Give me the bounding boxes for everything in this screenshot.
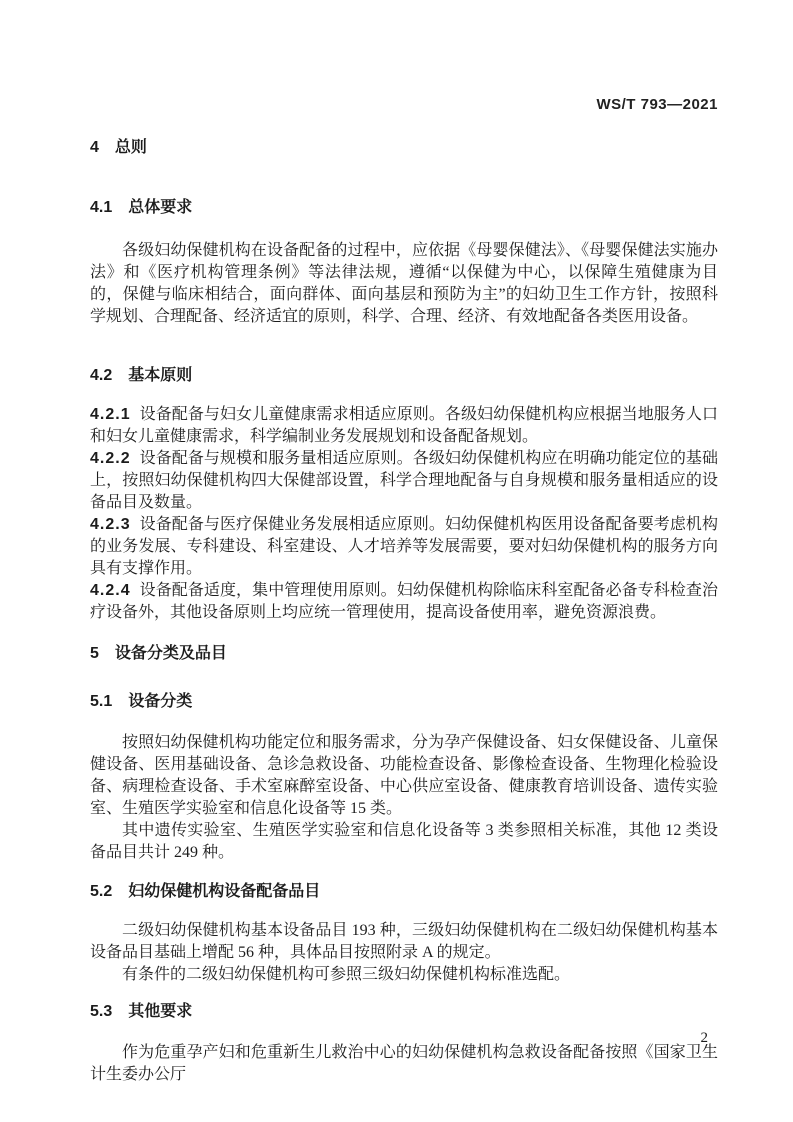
- section-5-3-heading: 5.3 其他要求: [90, 1002, 718, 1022]
- section-5-1-paragraph-1: 按照妇幼保健机构功能定位和服务需求，分为孕产保健设备、妇女保健设备、儿童保健设备…: [90, 732, 718, 820]
- clause-4-2-4-number: 4.2.4: [90, 582, 131, 599]
- clause-4-2-3-text: 设备配备与医疗保健业务发展相适应原则。妇幼保健机构医用设备配备要考虑机构的业务发…: [90, 516, 718, 577]
- section-4-heading: 4 总则: [90, 138, 718, 158]
- doc-number-header: WS/T 793—2021: [596, 96, 718, 113]
- clause-4-2-1-text: 设备配备与妇女儿童健康需求相适应原则。各级妇幼保健机构应根据当地服务人口和妇女儿…: [90, 406, 718, 445]
- section-5-2-heading: 5.2 妇幼保健机构设备配备品目: [90, 882, 718, 902]
- section-4-1-paragraph: 各级妇幼保健机构在设备配备的过程中，应依据《母婴保健法》、《母婴保健法实施办法》…: [90, 240, 718, 328]
- clause-4-2-1-number: 4.2.1: [90, 406, 131, 423]
- section-4-2-heading: 4.2 基本原则: [90, 366, 718, 386]
- page-number: 2: [701, 1030, 709, 1047]
- section-5-heading: 5 设备分类及品目: [90, 644, 718, 664]
- section-4-1-heading: 4.1 总体要求: [90, 198, 718, 218]
- section-5-3-paragraph-1: 作为危重孕产妇和危重新生儿救治中心的妇幼保健机构急救设备配备按照《国家卫生计生委…: [90, 1042, 718, 1086]
- clause-4-2-2: 4.2.2设备配备与规模和服务量相适应原则。各级妇幼保健机构应在明确功能定位的基…: [90, 448, 718, 514]
- document-page: WS/T 793—2021 4 总则 4.1 总体要求 各级妇幼保健机构在设备配…: [0, 0, 793, 1122]
- clause-4-2-2-text: 设备配备与规模和服务量相适应原则。各级妇幼保健机构应在明确功能定位的基础上，按照…: [90, 450, 718, 511]
- section-5-2-paragraph-2: 有条件的二级妇幼保健机构可参照三级妇幼保健机构标准选配。: [90, 964, 718, 986]
- section-5-1-heading: 5.1 设备分类: [90, 692, 718, 712]
- section-5-2-paragraph-1: 二级妇幼保健机构基本设备品目 193 种，三级妇幼保健机构在二级妇幼保健机构基本…: [90, 920, 718, 964]
- clause-4-2-4: 4.2.4设备配备适度，集中管理使用原则。妇幼保健机构除临床科室配备必备专科检查…: [90, 580, 718, 624]
- clause-4-2-1: 4.2.1设备配备与妇女儿童健康需求相适应原则。各级妇幼保健机构应根据当地服务人…: [90, 404, 718, 448]
- clause-4-2-3: 4.2.3设备配备与医疗保健业务发展相适应原则。妇幼保健机构医用设备配备要考虑机…: [90, 514, 718, 580]
- section-5-1-paragraph-2: 其中遗传实验室、生殖医学实验室和信息化设备等 3 类参照相关标准，其他 12 类…: [90, 820, 718, 864]
- clause-4-2-4-text: 设备配备适度，集中管理使用原则。妇幼保健机构除临床科室配备必备专科检查治疗设备外…: [90, 582, 718, 621]
- clause-4-2-3-number: 4.2.3: [90, 516, 131, 533]
- page-content: 4 总则 4.1 总体要求 各级妇幼保健机构在设备配备的过程中，应依据《母婴保健…: [90, 138, 718, 1086]
- clause-4-2-2-number: 4.2.2: [90, 450, 131, 467]
